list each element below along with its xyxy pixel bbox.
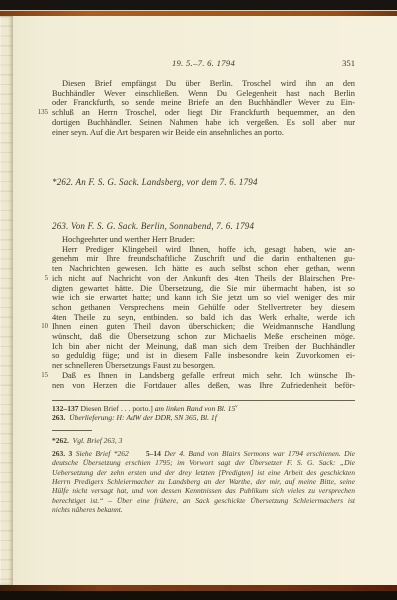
- margin-line-number: 15: [26, 371, 48, 381]
- text-line: ner schnelleren Übersetzungs Faust zu be…: [52, 361, 355, 371]
- text-line: Hülfe nicht versagt hat, und von dessen …: [52, 486, 355, 495]
- text-line: wünscht, daß die Übersetzung schon zur M…: [52, 332, 355, 342]
- text-segment: 263.: [52, 449, 65, 458]
- text-segment: oder Franckfurth, so sende meine Briefe …: [52, 98, 285, 107]
- letter-262-heading: *262. An F. S. G. Sack. Landsberg, vor d…: [52, 177, 355, 187]
- text-segment: ten Nachrichten gewesen. Ich hätte es au…: [52, 264, 355, 273]
- text-line: ten Nachrichten gewesen. Ich hätte es au…: [52, 264, 355, 274]
- margin-line-number: 10: [26, 322, 48, 332]
- text-line: *262. Vgl. Brief 263, 3: [52, 436, 355, 445]
- text-line: deutsche Übersetzung erschien 1795; im V…: [52, 458, 355, 467]
- scanner-background-top: [0, 0, 397, 10]
- text-line: wie ich sie erwartet hatte; und kann ich…: [52, 293, 355, 303]
- text-segment: Uebersetzung der zehn ersten und der dre…: [52, 468, 355, 477]
- apparatus-divider-rule: [52, 400, 355, 401]
- text-segment: schluß an Herr: [52, 108, 113, 117]
- text-line: Hochgeehrter und werther Herr Bruder:: [52, 235, 355, 245]
- scanner-background-bottom: [0, 591, 397, 600]
- book-page: 19. 5.–7. 6. 1794 351 135 5 10 15 Diesen…: [0, 16, 397, 585]
- letter-261-fragment: Diesen Brief empfängst Du über Berlin. T…: [52, 79, 355, 137]
- text-line: dortigen Buchhändler. Seinen Nahmen habe…: [52, 118, 355, 128]
- text-segment: Überlieferung: H: AdW der DDR, SN 365, B…: [69, 413, 217, 422]
- text-segment: so geduldig füge; und ist in diesem Fall…: [52, 351, 355, 360]
- text-line: nichts näheres bekannt.: [52, 505, 355, 514]
- text-line: genehm mir Ihre freundschaftliche Zuschr…: [52, 254, 355, 264]
- text-segment: [129, 449, 146, 458]
- text-line: Ihnen einen guten Theil davon überschick…: [52, 322, 355, 332]
- text-line: Ich bin aber nicht der Meinung, daß man …: [52, 342, 355, 352]
- margin-line-number: 135: [26, 108, 48, 118]
- text-line: Diesen Brief empfängst Du über Berlin. T…: [52, 79, 355, 89]
- text-segment: Buchhändler Wever einschließen. Wenn Du …: [52, 89, 355, 98]
- text-segment: Hochgeehrter und werther Herr Bruder:: [62, 235, 195, 244]
- text-segment: die darin enthaltenen gu-: [245, 254, 355, 263]
- margin-line-number: 5: [26, 274, 48, 284]
- text-line: digten gewartet hätte. Die Übersetzung, …: [52, 284, 355, 294]
- text-line: 263. Überlieferung: H: AdW der DDR, SN 3…: [52, 413, 355, 422]
- apparatus-lines: 132–137 Diesen Brief . . . porto.] am li…: [52, 404, 355, 423]
- commentary-entry-263: 263. 3 Siehe Brief *262 5–14 Der 4. Band…: [52, 449, 355, 514]
- text-segment: Siehe Brief *262: [76, 449, 129, 458]
- text-line: 263. 3 Siehe Brief *262 5–14 Der 4. Band…: [52, 449, 355, 458]
- text-line: berechtiget ist.“ – Über eine frühere, a…: [52, 496, 355, 505]
- text-segment: Ihnen einen guten Theil davon überschick…: [52, 322, 355, 331]
- text-segment: dortigen Buchhändler. Seinen Nahmen habe…: [52, 118, 355, 127]
- text-line: schluß an Herrn Troschel, oder liegt Dir…: [52, 108, 355, 118]
- text-segment: digten gewartet hätte. Die Übersetzung, …: [52, 284, 355, 293]
- text-segment: am linken Rand von Bl. 15: [155, 404, 236, 413]
- text-segment: Diesen Brief empfängst Du über Berlin. T…: [62, 79, 355, 88]
- text-line: Herrn Predigers Schleiermacher zu Landsb…: [52, 477, 355, 486]
- text-line: 132–137 Diesen Brief . . . porto.] am li…: [52, 404, 355, 413]
- text-segment: Der 4. Band von Blairs Sermons war 1794 …: [164, 449, 355, 458]
- text-line: schon gethanen Versprechens mein Gehülfe…: [52, 303, 355, 313]
- text-segment: Hülfe nicht versagt hat, und von dessen …: [52, 486, 355, 495]
- text-segment: genehm mir Ihre freundschaftliche Zuschr…: [52, 254, 237, 263]
- text-segment: Herrn Predigers Schleiermacher zu Landsb…: [52, 477, 355, 486]
- header-date-range: 19. 5.–7. 6. 1794: [52, 58, 355, 68]
- text-segment: nen von Herzen die Fortdauer alles deßen…: [52, 381, 355, 390]
- text-line: 4ten Theile zu seyn, entbinden. so bald …: [52, 313, 355, 323]
- text-segment: Wever zu Ein-: [292, 98, 355, 107]
- text-line: nen von Herzen die Fortdauer alles deßen…: [52, 381, 355, 391]
- text-segment: 5–14: [146, 449, 161, 458]
- text-line: einer seyn. Auf die Art besparen wir Bei…: [52, 128, 355, 138]
- letter-263-heading: 263. Von F. S. G. Sack. Berlin, Sonnaben…: [52, 221, 355, 231]
- text-segment: berechtiget ist.“ – Über eine frühere, a…: [52, 496, 355, 505]
- commentary-entry-262: *262. Vgl. Brief 263, 3: [52, 436, 355, 445]
- text-segment: 132–137: [52, 404, 79, 413]
- header-page-number: 351: [342, 58, 355, 68]
- commentary-divider-rule: [52, 430, 92, 431]
- text-segment: ich nicht auf Nachricht von der Ankunft …: [52, 274, 355, 283]
- text-line: ich nicht auf Nachricht von der Ankunft …: [52, 274, 355, 284]
- text-segment: einer seyn. Auf die Art besparen wir Bei…: [52, 128, 284, 137]
- text-segment: *262.: [52, 436, 69, 445]
- text-segment: Ich bin aber nicht der Meinung, daß man …: [52, 342, 355, 351]
- text-line: oder Franckfurth, so sende meine Briefe …: [52, 98, 355, 108]
- text-line: Buchhändler Wever einschließen. Wenn Du …: [52, 89, 355, 99]
- text-segment: nichts näheres bekannt.: [52, 505, 123, 514]
- text-segment: 4ten Theile zu seyn, entbinden. so bald …: [52, 313, 355, 322]
- text-segment: Daß es Ihnen in Landsberg gefalle erfreu…: [62, 371, 355, 380]
- text-segment: wie ich sie erwartet hatte; und kann ich…: [52, 293, 355, 302]
- text-segment: er: [285, 98, 292, 107]
- gutter-shadow: [0, 16, 13, 585]
- text-line: Herr Prediger Klingebeil wird Ihnen, hof…: [52, 245, 355, 255]
- text-segment: v: [235, 404, 237, 409]
- text-segment: deutsche Übersetzung erschien 1795; im V…: [52, 458, 355, 467]
- text-segment: Herr Prediger Klingebeil wird Ihnen, hof…: [62, 245, 355, 254]
- text-segment: Diesen Brief . . . porto.]: [79, 404, 155, 413]
- apparatus-entries: 132–137 Diesen Brief . . . porto.] am li…: [52, 404, 355, 423]
- text-segment: Troschel, oder liegt Dir Franckfurth beq…: [118, 108, 356, 117]
- letter-263-body: Hochgeehrter und werther Herr Bruder:Her…: [52, 235, 355, 390]
- text-segment: Vgl. Brief 263, 3: [73, 436, 123, 445]
- text-line: Daß es Ihnen in Landsberg gefalle erfreu…: [52, 371, 355, 381]
- text-segment: ner schnelleren Übersetzungs Faust zu be…: [52, 361, 215, 370]
- running-header: 19. 5.–7. 6. 1794 351: [52, 58, 355, 70]
- text-segment: wünscht, daß die Übersetzung schon zur M…: [52, 332, 355, 341]
- text-line: so geduldig füge; und ist in diesem Fall…: [52, 351, 355, 361]
- text-line: Uebersetzung der zehn ersten und der dre…: [52, 468, 355, 477]
- text-segment: schon gethanen Versprechens mein Gehülfe…: [52, 303, 355, 312]
- text-segment: 263.: [52, 413, 65, 422]
